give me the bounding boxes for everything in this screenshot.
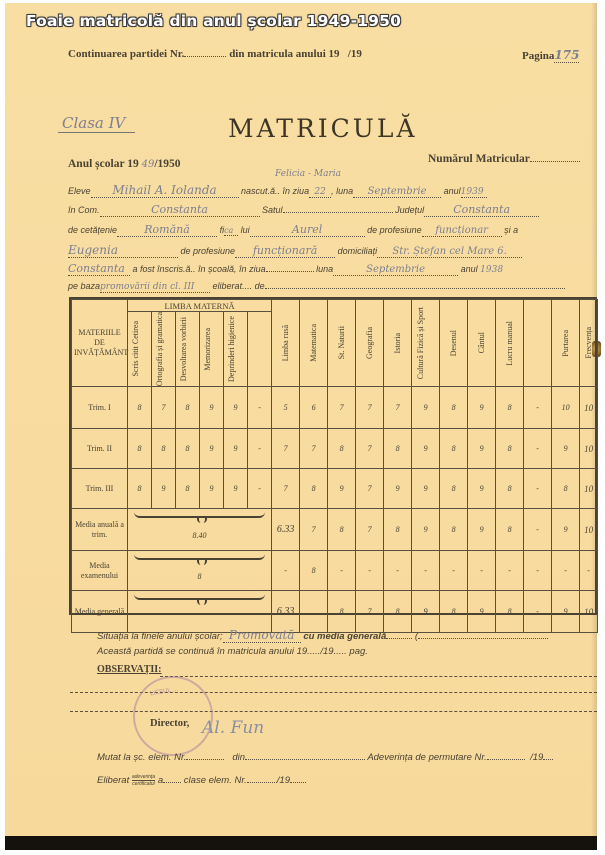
general-average-label: cu media generală (303, 631, 386, 642)
grade-cell: 7 (272, 429, 300, 469)
grade-cell: 8 (496, 591, 524, 633)
col-header-4: Memorizarea (200, 312, 224, 387)
grade-cell: 9 (224, 469, 248, 509)
grade-cell: - (440, 551, 468, 591)
issued-line: Eliberat adeverința certificatul a clase… (97, 774, 306, 787)
observations: OBSERVAȚII: (97, 664, 162, 675)
born-year: 1939 (461, 187, 484, 197)
grade-cell: - (496, 551, 524, 591)
commune-value: Constanta (151, 203, 208, 216)
grade-cell: - (328, 551, 356, 591)
grade-cell: 8 (440, 469, 468, 509)
grade-cell: 8 (440, 387, 468, 429)
grade-cell: 8 (440, 429, 468, 469)
from-matricula-label: din matricula anului 19 (229, 48, 339, 60)
mother-name: Eugenia (68, 243, 118, 257)
col-header-5: Deprinderi higienice (224, 312, 248, 387)
table-row-exam-average: Media examenului 8 - 8 - - - - - - - - -… (72, 551, 598, 591)
issued-label: Eliberat (97, 775, 129, 786)
domicile-label: domiciliați (338, 246, 378, 256)
grade-cell: 7 (328, 387, 356, 429)
grade-cell: 9 (152, 469, 176, 509)
open-paren: ( (415, 631, 418, 642)
grade-cell: - (248, 387, 272, 429)
col-header-16 (524, 300, 552, 387)
grade-cell: 10 (580, 429, 598, 469)
student-line-3: de cetățenieRomănă fica luiAurel de prof… (68, 223, 518, 237)
grade-cell: 10 (580, 387, 598, 429)
commune-label: în Com. (68, 205, 100, 215)
student-line-1: EleveMihail A. Iolanda nascut.ă.. în ziu… (68, 183, 487, 198)
issued-by-label: eliberat.... de (213, 281, 265, 291)
grade-cell: - (524, 591, 552, 633)
grade-cell: 8 (128, 469, 152, 509)
table-row-general-average: Media generală 6.33 8 7 8 9 8 9 8 - 9 10 (72, 591, 598, 633)
director-signature: Al. Fun (202, 718, 264, 738)
grade-cell: 8 (440, 509, 468, 551)
grade-cell: - (468, 551, 496, 591)
col-header-label: Limba rusă (281, 325, 290, 361)
mother-tongue-general (128, 591, 272, 633)
born-label: nascut.ă.. în ziua (241, 186, 309, 196)
grade-cell: 9 (468, 387, 496, 429)
page-banner-title: Foaie matricolă din anul școlar 1949-195… (26, 12, 401, 30)
grade-cell: 9 (384, 469, 412, 509)
row-label: Trim. I (72, 387, 128, 429)
col-header-label: Matematica (309, 324, 318, 362)
grade-cell: 9 (412, 591, 440, 633)
row-label: Media examenului (72, 551, 128, 591)
grade-cell: 9 (412, 469, 440, 509)
from-matricula-sep: /19 (348, 48, 362, 60)
col-header-2: Ortografia și gramatica (152, 312, 176, 387)
col-header-12: Cultură Fizică și Sport (412, 300, 440, 387)
grade-cell: 8 (496, 429, 524, 469)
grade-cell: 8 (384, 429, 412, 469)
grade-cell: - (524, 509, 552, 551)
row-label: Media generală (72, 591, 128, 633)
grade-cell: 7 (384, 387, 412, 429)
grade-cell: 9 (224, 429, 248, 469)
grade-cell: 8 (496, 387, 524, 429)
grade-cell: - (552, 551, 580, 591)
continuation-number-field (184, 56, 226, 57)
table-row: Trim. II 8 8 8 9 9 - 7 7 8 7 8 9 8 9 8 -… (72, 429, 598, 469)
born-day: 22 (314, 187, 325, 197)
moved-line: Mutat la șc. elem. Nr. din Adeverința de… (97, 752, 553, 763)
grade-cell: 7 (152, 387, 176, 429)
school-year-value: 49 (142, 159, 155, 170)
situation-value: Promovată (229, 628, 295, 642)
father-name: Aurel (292, 223, 322, 236)
issued-class-suffix: clase elem. Nr. (184, 775, 247, 786)
document-title: MATRICULĂ (228, 114, 418, 143)
col-header-label: Istoria (393, 333, 402, 353)
matricular-number: Numărul Matricular (428, 153, 580, 165)
continuation-line: Continuarea partidei Nr. din matricula a… (68, 48, 362, 60)
village-label: Satul (262, 205, 283, 215)
issued-year: /19 (277, 775, 290, 786)
father-profession: funcționar (435, 225, 488, 236)
grade-cell: 9 (200, 469, 224, 509)
student-line-2: în Com.Constanta Satul JudețulConstanta (68, 203, 539, 217)
grade-cell: 7 (272, 469, 300, 509)
school-year-label: Anul școlar 19 (68, 158, 139, 170)
col-header-label: Desvoltarea vorbirii (179, 317, 197, 381)
mother-tongue-average: 8.40 (128, 509, 272, 551)
issued-class-label: a (158, 775, 163, 786)
col-header-11: Istoria (384, 300, 412, 387)
grade-cell: 6.33 (272, 509, 300, 551)
name-extra: Felicia - Maria (275, 169, 341, 179)
grade-cell: 9 (468, 469, 496, 509)
grade-cell: - (524, 551, 552, 591)
mother-profession-label: de profesiune (181, 246, 236, 256)
grade-cell: 7 (356, 591, 384, 633)
moved-from-label: din (232, 752, 245, 763)
grade-cell: 7 (300, 429, 328, 469)
grade-cell: - (524, 469, 552, 509)
grade-cell (300, 591, 328, 633)
mother-tongue-average-value: 8.40 (193, 531, 207, 540)
enrolled-month-label: luna (316, 264, 333, 274)
grade-cell: 7 (356, 469, 384, 509)
grade-cell: 8 (128, 429, 152, 469)
scan-bottom-edge (5, 836, 597, 850)
grade-cell: 9 (200, 387, 224, 429)
observations-label: OBSERVAȚII: (97, 664, 162, 675)
grade-cell: 7 (356, 387, 384, 429)
grade-cell: 8 (176, 469, 200, 509)
grades-table: MATERIILE DE INVĂȚĂMÂNT LIMBA MATERNĂ Li… (69, 297, 597, 615)
enrolled-year: 1938 (480, 265, 503, 275)
col-header-label: Geografia (365, 327, 374, 359)
grade-cell: 9 (468, 591, 496, 633)
table-row: Trim. III 8 9 8 9 9 - 7 8 9 7 9 9 8 9 8 … (72, 469, 598, 509)
matricular-number-label: Numărul Matricular (428, 153, 530, 165)
col-header-8: Matematica (300, 300, 328, 387)
enrolled-month: Septembrie (366, 264, 425, 275)
observations-line-1 (160, 676, 597, 677)
grade-cell: - (384, 551, 412, 591)
grade-cell: 9 (468, 429, 496, 469)
col-header-label: Desenul (449, 330, 458, 356)
grade-cell: 9 (552, 591, 580, 633)
grade-cell: 8 (384, 591, 412, 633)
col-header-18: Frecvența (580, 300, 598, 387)
county-value: Constanta (453, 203, 510, 216)
grade-cell: 5 (272, 387, 300, 429)
grade-cell: - (248, 429, 272, 469)
col-header-label: Memorizarea (203, 328, 221, 371)
col-header-label: Frecvența (584, 327, 593, 359)
grade-cell: 8 (328, 591, 356, 633)
grade-cell: - (272, 551, 300, 591)
grade-cell: 6.33 (272, 591, 300, 633)
issued-fraction: adeverința certificatul (132, 774, 155, 787)
row-label: Media anuală a trim. (72, 509, 128, 551)
grade-cell: - (524, 387, 552, 429)
domicile-city: Constanta (68, 262, 125, 275)
mother-profession: funcționară (253, 244, 317, 257)
grade-cell: 8 (384, 509, 412, 551)
month-label: luna (336, 186, 353, 196)
grade-cell: 10 (580, 469, 598, 509)
grade-cell: 8 (552, 469, 580, 509)
col-header-1: Scris citit Cetirea (128, 312, 152, 387)
col-header-7: Limba rusă (272, 300, 300, 387)
table-row: Trim. I 8 7 8 9 9 - 5 6 7 7 7 9 8 9 8 - … (72, 387, 598, 429)
grade-cell: 8 (176, 387, 200, 429)
transfer-cert-year: /19 (530, 752, 543, 763)
father-profession-label: de profesiune (367, 225, 422, 235)
born-month: Septembrie (368, 186, 427, 197)
brace-icon (134, 594, 265, 600)
grade-cell: - (412, 551, 440, 591)
continuation-label: Continuarea partidei Nr. (68, 48, 184, 60)
county-label: Județul (395, 205, 424, 215)
col-header-label: Deprinderi higienice (227, 316, 245, 382)
col-header-label: Ortografia și gramatica (155, 312, 173, 386)
grade-cell: 9 (328, 469, 356, 509)
grade-cell: 10 (580, 509, 598, 551)
col-header-3: Desvoltarea vorbirii (176, 312, 200, 387)
year-label: anul (444, 186, 461, 196)
mother-tongue-exam-value: 8 (198, 572, 202, 581)
grade-cell: 10 (552, 387, 580, 429)
grade-cell: 9 (552, 429, 580, 469)
grade-cell: 9 (412, 429, 440, 469)
transfer-cert-label: Adeverința de permutare Nr. (367, 752, 487, 763)
row-label: Trim. II (72, 429, 128, 469)
grade-cell: - (580, 551, 598, 591)
grade-cell: 8 (440, 591, 468, 633)
grade-cell: 8 (176, 429, 200, 469)
grade-cell: - (248, 469, 272, 509)
grade-cell: 8 (328, 429, 356, 469)
student-line-4: Eugenia de profesiunefuncționară domicil… (68, 243, 522, 258)
moved-label: Mutat la șc. elem. Nr. (97, 752, 186, 763)
citizenship-value: Romănă (144, 223, 190, 236)
of-label: lui (241, 225, 250, 235)
grade-cell: 8 (152, 429, 176, 469)
school-year-end: /1950 (154, 158, 180, 170)
student-line-6: pe bazapromovării din cl. III eliberat..… (68, 281, 565, 293)
grade-cell: 9 (468, 509, 496, 551)
school-year: Anul școlar 19 49/1950 (68, 158, 181, 170)
grade-cell: 6 (300, 387, 328, 429)
grade-cell: 9 (224, 387, 248, 429)
continued-line: Această partidă se continuă în matricula… (97, 646, 368, 657)
issued-fraction-top: adeverința (132, 774, 155, 781)
grade-cell: 8 (300, 469, 328, 509)
mother-tongue-group-header: LIMBA MATERNĂ (128, 300, 272, 312)
class-label: Clasa IV (58, 114, 135, 133)
student-name: Mihail A. Iolanda (112, 183, 216, 197)
row-label: Trim. III (72, 469, 128, 509)
col-header-label: Purtarea (561, 330, 570, 357)
grade-cell: 8 (328, 509, 356, 551)
col-header-label: Lucru manual (505, 321, 514, 366)
subjects-header-label: MATERIILE DE INVĂȚĂMÂNT (72, 328, 127, 358)
grade-cell: 8 (496, 509, 524, 551)
table-row-annual-average: Media anuală a trim. 8.40 6.33 7 8 7 8 9… (72, 509, 598, 551)
grade-cell: - (356, 551, 384, 591)
domicile-value: Str. Ștefan cel Mare 6. (392, 246, 507, 257)
subjects-header: MATERIILE DE INVĂȚĂMÂNT (72, 300, 128, 387)
and-label: și a (504, 225, 518, 235)
brace-icon (134, 512, 265, 518)
mother-tongue-exam: 8 (128, 551, 272, 591)
brace-icon (134, 554, 265, 560)
grade-cell: - (524, 429, 552, 469)
eleve-label: Eleve (68, 186, 91, 196)
col-header-10: Geografia (356, 300, 384, 387)
col-header-label: Cultură Fizică și Sport (416, 307, 436, 379)
grade-cell: 9 (412, 387, 440, 429)
issued-fraction-bottom: certificatul (132, 781, 155, 787)
grade-cell: 8 (496, 469, 524, 509)
col-header-label: Cântul (477, 332, 486, 353)
page-value: 175 (554, 48, 579, 63)
grade-cell: 7 (356, 509, 384, 551)
col-header-17: Purtarea (552, 300, 580, 387)
page-label: Pagina (522, 50, 554, 62)
situation-label: Situația la finele anului școlar (97, 631, 220, 642)
col-header-label: Scris citit Cetirea (131, 321, 149, 377)
enrolled-year-label: anul (461, 264, 478, 274)
grade-cell: 9 (552, 509, 580, 551)
grade-cell: 7 (356, 429, 384, 469)
col-header-15: Lucru manual (496, 300, 524, 387)
citizenship-label: de cetățenie (68, 225, 117, 235)
matricular-number-field (530, 161, 580, 162)
grade-cell: 8 (128, 387, 152, 429)
student-line-5: Constanta a fost înscris.ă.. în școală, … (68, 262, 503, 276)
grade-cell: 9 (412, 509, 440, 551)
director-label: Director, (150, 718, 189, 729)
col-header-9: St. Naturii (328, 300, 356, 387)
col-header-14: Cântul (468, 300, 496, 387)
col-header-label: St. Naturii (337, 326, 346, 359)
child-of-suffix: ca (224, 226, 233, 235)
grade-cell: 7 (300, 509, 328, 551)
page-number: Pagina175 (522, 48, 579, 62)
grade-cell: 8 (300, 551, 328, 591)
enrolled-label: a fost înscris.ă.. în școală, în ziua (133, 264, 266, 274)
basis-value: promovării din cl. III (100, 282, 194, 292)
col-header-13: Desenul (440, 300, 468, 387)
basis-label: pe baza (68, 281, 100, 291)
grade-cell: 9 (200, 429, 224, 469)
grade-cell: 10 (580, 591, 598, 633)
col-header-6 (248, 312, 272, 387)
situation-line: Situația la finele anului școlar;Promova… (97, 628, 548, 643)
